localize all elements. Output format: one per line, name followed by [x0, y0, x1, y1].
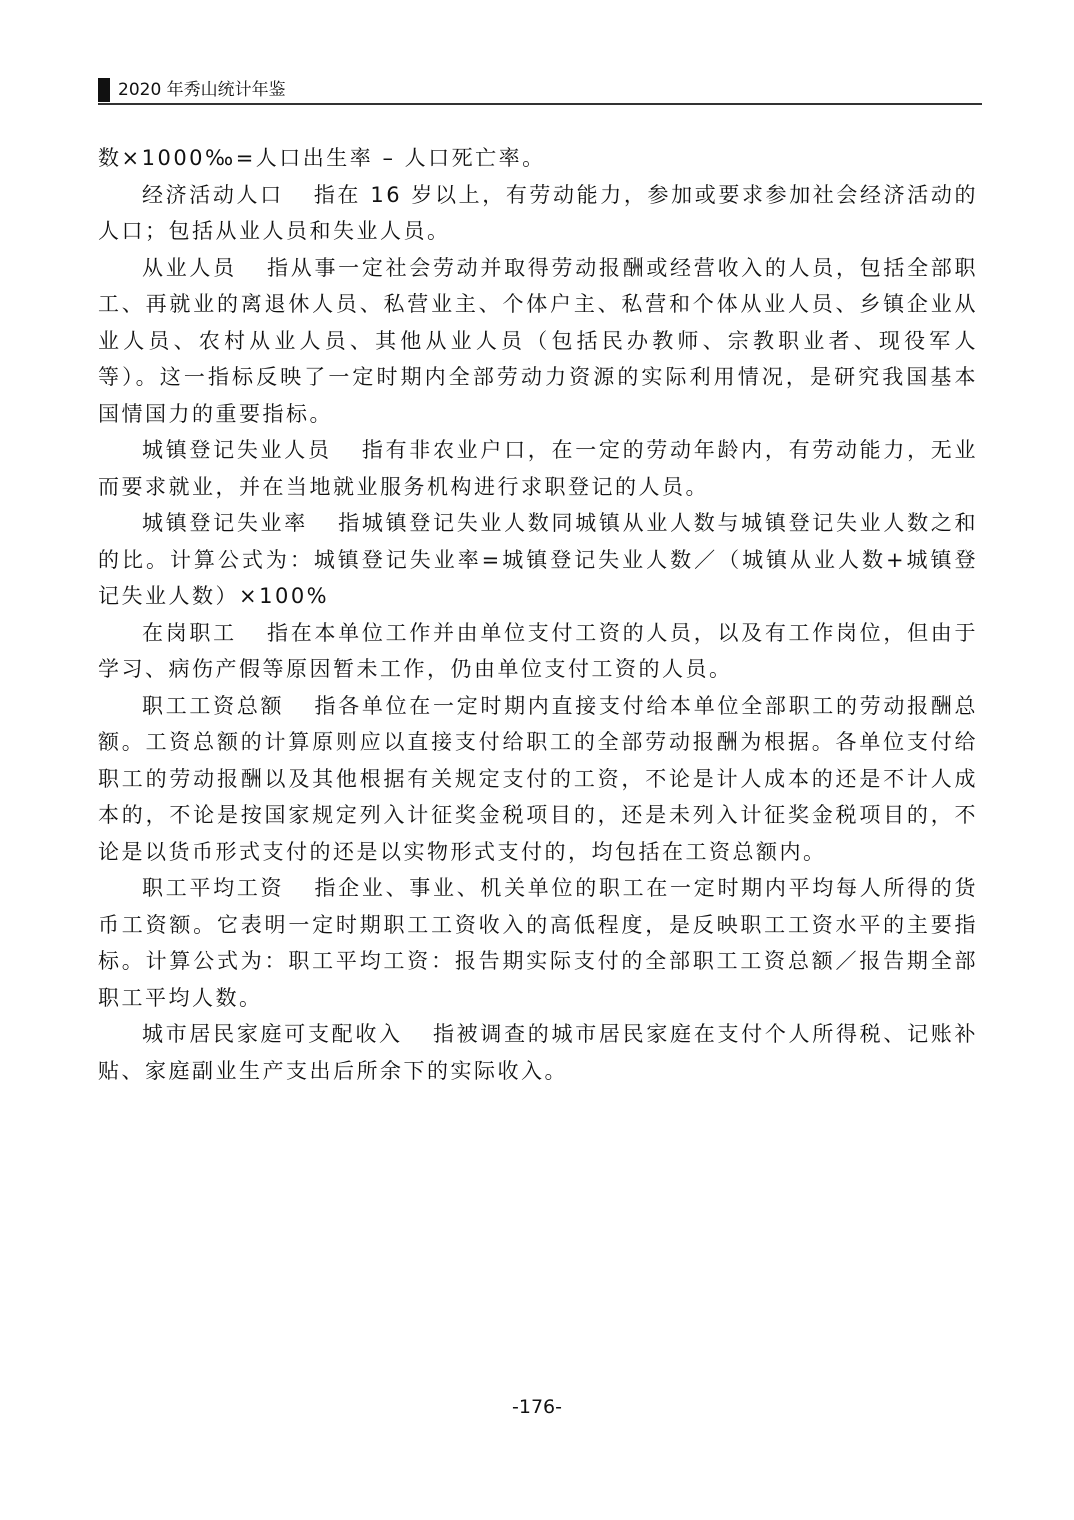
definition-term: 从业人员 [142, 256, 237, 280]
definition-registered-unemployment-rate: 城镇登记失业率指城镇登记失业人数同城镇从业人数与城镇登记失业人数之和的比。计算公… [98, 505, 978, 615]
definition-term: 城镇登记失业人员 [142, 438, 332, 462]
definition-disposable-income: 城市居民家庭可支配收入指被调查的城市居民家庭在支付个人所得税、记账补贴、家庭副业… [98, 1016, 978, 1089]
definition-employed-persons: 从业人员指从事一定社会劳动并取得劳动报酬或经营收入的人员，包括全部职工、再就业的… [98, 250, 978, 433]
running-header: 2020 年秀山统计年鉴 [98, 76, 982, 104]
definition-text: 指各单位在一定时期内直接支付给本单位全部职工的劳动报酬总额。工资总额的计算原则应… [98, 694, 978, 864]
page-number: -176- [0, 1396, 1074, 1418]
paragraph-continuation: 数×1000‰=人口出生率 – 人口死亡率。 [98, 140, 978, 177]
definition-economically-active-population: 经济活动人口指在 16 岁以上，有劳动能力，参加或要求参加社会经济活动的人口；包… [98, 177, 978, 250]
definition-term: 经济活动人口 [142, 183, 284, 207]
definition-total-wages: 职工工资总额指各单位在一定时期内直接支付给本单位全部职工的劳动报酬总额。工资总额… [98, 688, 978, 871]
header-divider [98, 103, 982, 105]
definition-term: 城市居民家庭可支配收入 [142, 1022, 403, 1046]
body-text: 数×1000‰=人口出生率 – 人口死亡率。 经济活动人口指在 16 岁以上，有… [98, 140, 978, 1089]
definition-term: 职工平均工资 [142, 876, 284, 900]
definition-term: 在岗职工 [142, 621, 237, 645]
paragraph-text: 数×1000‰=人口出生率 – 人口死亡率。 [98, 146, 546, 170]
definition-term: 城镇登记失业率 [142, 511, 308, 535]
header-title: 2020 年秀山统计年鉴 [118, 78, 286, 102]
definition-average-wage: 职工平均工资指企业、事业、机关单位的职工在一定时期内平均每人所得的货币工资额。它… [98, 870, 978, 1016]
definition-registered-unemployed: 城镇登记失业人员指有非农业户口，在一定的劳动年龄内，有劳动能力，无业而要求就业，… [98, 432, 978, 505]
definition-term: 职工工资总额 [142, 694, 284, 718]
definition-on-post-staff: 在岗职工指在本单位工作并由单位支付工资的人员，以及有工作岗位，但由于学习、病伤产… [98, 615, 978, 688]
definition-text: 指从事一定社会劳动并取得劳动报酬或经营收入的人员，包括全部职工、再就业的离退休人… [98, 256, 978, 426]
header-marker-bar [98, 78, 110, 102]
